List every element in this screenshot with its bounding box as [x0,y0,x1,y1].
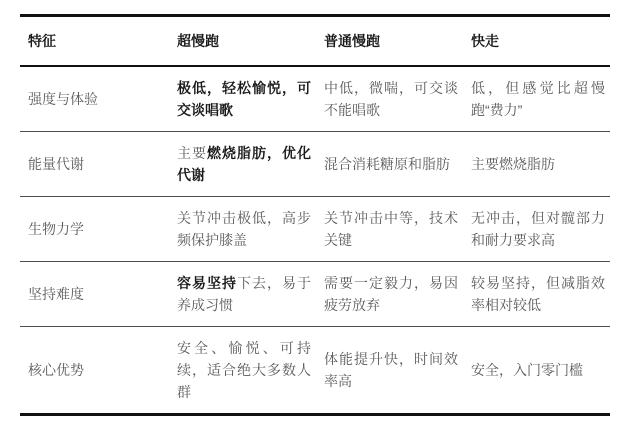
cell-biomechanics-super-slow: 关节冲击极低，高步频保护膝盖 [169,197,316,262]
header-feature: 特征 [20,16,169,67]
cell-text: 关节冲击极低，高步频保护膝盖 [177,210,311,248]
table-row-adherence: 坚持难度 容易坚持下去，易于养成习惯 需要一定毅力，易因疲劳放弃 较易坚持，但减… [20,262,610,327]
cell-text: 主要燃烧脂肪 [471,156,555,172]
cell-text: 关节冲击中等，技术关键 [324,210,458,248]
cell-intensity-super-slow: 极低，轻松愉悦，可交谈唱歌 [169,66,316,132]
cell-metabolism-brisk-walk: 主要燃烧脂肪 [463,132,610,197]
table-header-row: 特征 超慢跑 普通慢跑 快走 [20,16,610,67]
cell-metabolism-normal-jog: 混合消耗糖原和脂肪 [316,132,463,197]
cell-text: 混合消耗糖原和脂肪 [324,156,450,172]
cell-text: 无冲击，但对髋部力和耐力要求高 [471,210,605,248]
cell-text: 较易坚持，但减脂效率相对较低 [471,275,605,313]
cell-intensity-brisk-walk: 低，但感觉比超慢跑“费力” [463,66,610,132]
cell-text: 需要一定毅力，易因疲劳放弃 [324,275,458,313]
cell-text: 体能提升快，时间效率高 [324,351,458,389]
table-row-biomechanics: 生物力学 关节冲击极低，高步频保护膝盖 关节冲击中等，技术关键 无冲击，但对髋部… [20,197,610,262]
comparison-table-container: 特征 超慢跑 普通慢跑 快走 强度与体验 极低，轻松愉悦，可交谈唱歌 中低，微喘… [20,14,610,416]
cell-adherence-super-slow: 容易坚持下去，易于养成习惯 [169,262,316,327]
cell-core-advantage-super-slow: 安全、愉悦、可持续，适合绝大多数人群 [169,327,316,415]
cell-text: 极低，轻松愉悦，可交谈唱歌 [177,80,311,118]
cell-biomechanics-normal-jog: 关节冲击中等，技术关键 [316,197,463,262]
cell-text: 主要 [177,145,207,161]
row-label-biomechanics: 生物力学 [20,197,169,262]
header-super-slow-jog: 超慢跑 [169,16,316,67]
row-label-intensity: 强度与体验 [20,66,169,132]
cell-text: 安全，入门零门槛 [471,362,583,378]
row-label-metabolism: 能量代谢 [20,132,169,197]
cell-adherence-brisk-walk: 较易坚持，但减脂效率相对较低 [463,262,610,327]
row-label-adherence: 坚持难度 [20,262,169,327]
cell-text: 中低，微喘，可交谈不能唱歌 [324,80,458,118]
table-row-intensity: 强度与体验 极低，轻松愉悦，可交谈唱歌 中低，微喘，可交谈不能唱歌 低，但感觉比… [20,66,610,132]
cell-core-advantage-brisk-walk: 安全，入门零门槛 [463,327,610,415]
cell-text: 低，但感觉比超慢跑“费力” [471,80,605,118]
cell-adherence-normal-jog: 需要一定毅力，易因疲劳放弃 [316,262,463,327]
header-brisk-walk: 快走 [463,16,610,67]
cell-intensity-normal-jog: 中低，微喘，可交谈不能唱歌 [316,66,463,132]
cell-biomechanics-brisk-walk: 无冲击，但对髋部力和耐力要求高 [463,197,610,262]
table-row-metabolism: 能量代谢 主要燃烧脂肪，优化代谢 混合消耗糖原和脂肪 主要燃烧脂肪 [20,132,610,197]
cell-text: 安全、愉悦、可持续，适合绝大多数人群 [177,340,311,400]
header-normal-jog: 普通慢跑 [316,16,463,67]
row-label-core-advantage: 核心优势 [20,327,169,415]
cell-metabolism-super-slow: 主要燃烧脂肪，优化代谢 [169,132,316,197]
table-row-core-advantage: 核心优势 安全、愉悦、可持续，适合绝大多数人群 体能提升快，时间效率高 安全，入… [20,327,610,415]
cell-text-bold: 容易坚持 [177,275,237,291]
cell-core-advantage-normal-jog: 体能提升快，时间效率高 [316,327,463,415]
jogging-comparison-table: 特征 超慢跑 普通慢跑 快走 强度与体验 极低，轻松愉悦，可交谈唱歌 中低，微喘… [20,14,610,416]
